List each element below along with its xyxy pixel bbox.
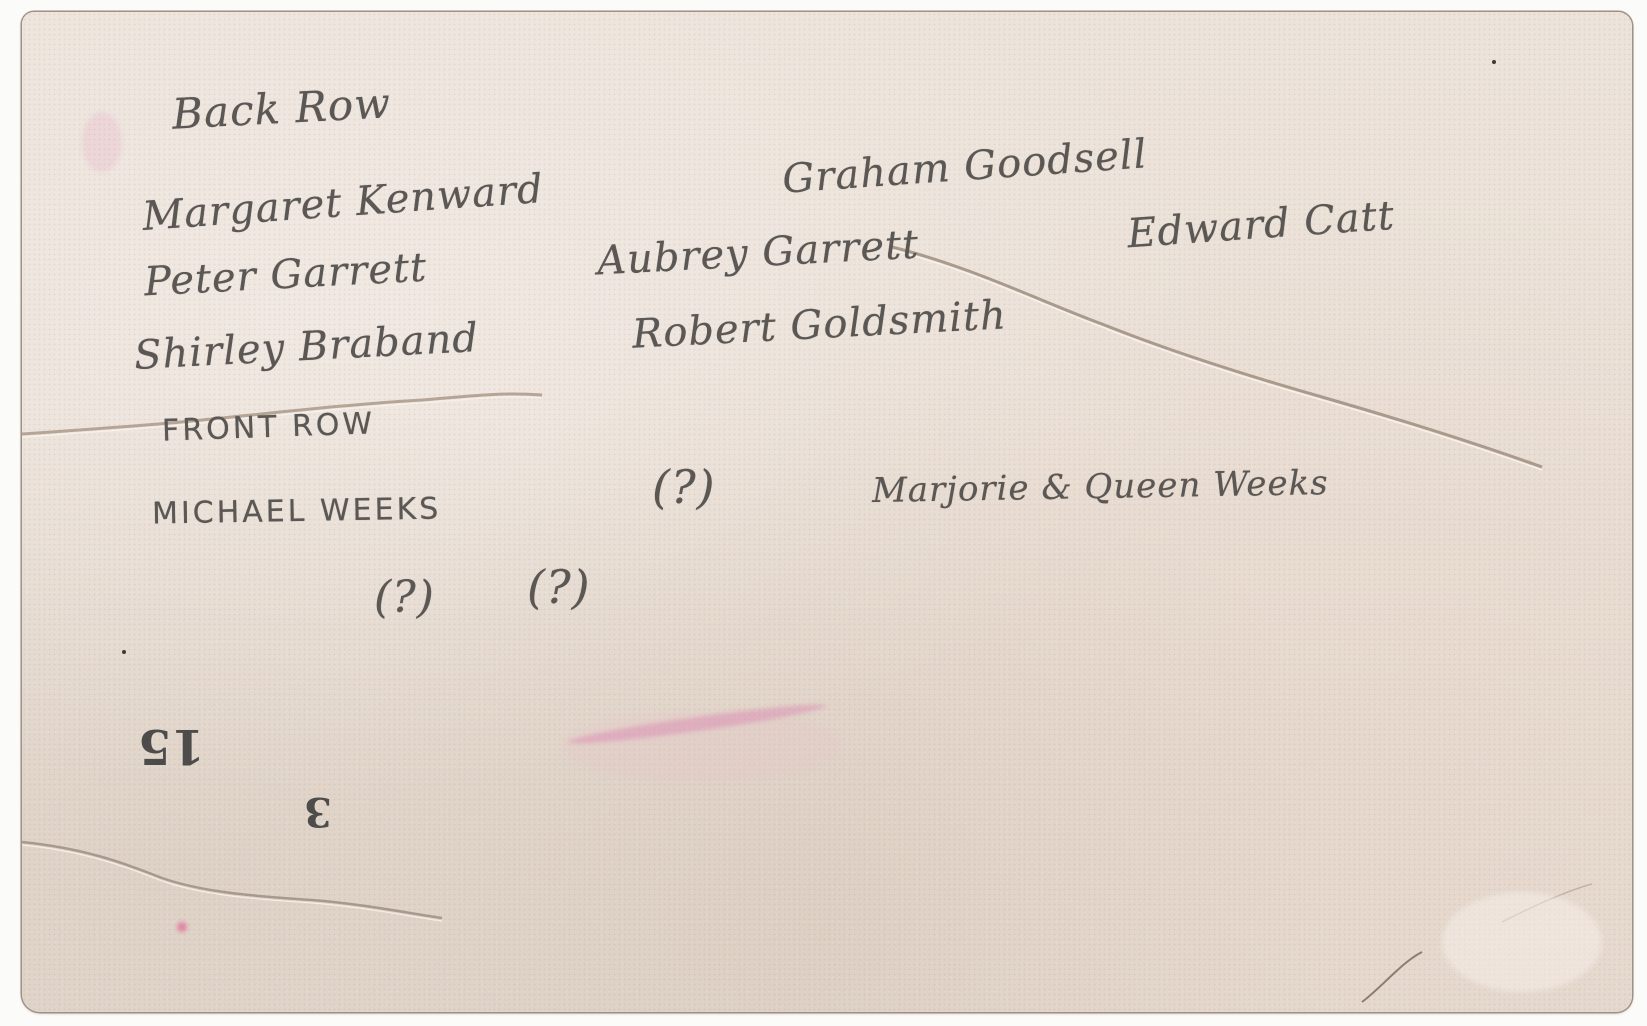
unknown-person-2: (?) [374, 572, 435, 623]
name-robert-goldsmith: Robert Goldsmith [631, 292, 1008, 358]
stamped-number-3: 3 [304, 788, 332, 835]
unknown-person-1: (?) [652, 460, 716, 514]
name-peter-garrett: Peter Garrett [143, 245, 428, 306]
worn-corner [1442, 892, 1602, 992]
name-graham-goodsell: Graham Goodsell [781, 131, 1149, 202]
back-row-heading: Back Row [171, 78, 392, 138]
pink-dot [177, 922, 187, 932]
name-shirley-braband: Shirley Braband [133, 315, 480, 379]
name-margaret-kenward: Margaret Kenward [141, 166, 545, 240]
name-aubrey-garrett: Aubrey Garrett [596, 222, 920, 285]
speck [1492, 60, 1496, 64]
scanned-photo-back: Back Row Margaret Kenward Graham Goodsel… [0, 0, 1647, 1026]
unknown-person-3: (?) [527, 560, 591, 614]
name-michael-weeks: MICHAEL WEEKS [152, 491, 442, 531]
name-edward-catt: Edward Catt [1126, 193, 1396, 258]
front-row-heading: FRONT ROW [161, 406, 375, 448]
photo-card: Back Row Margaret Kenward Graham Goodsel… [22, 12, 1632, 1012]
name-marjorie-queen-weeks: Marjorie & Queen Weeks [872, 463, 1329, 511]
pink-smudge [82, 112, 122, 172]
stamped-number-15: 15 [138, 718, 205, 774]
speck [122, 650, 126, 654]
